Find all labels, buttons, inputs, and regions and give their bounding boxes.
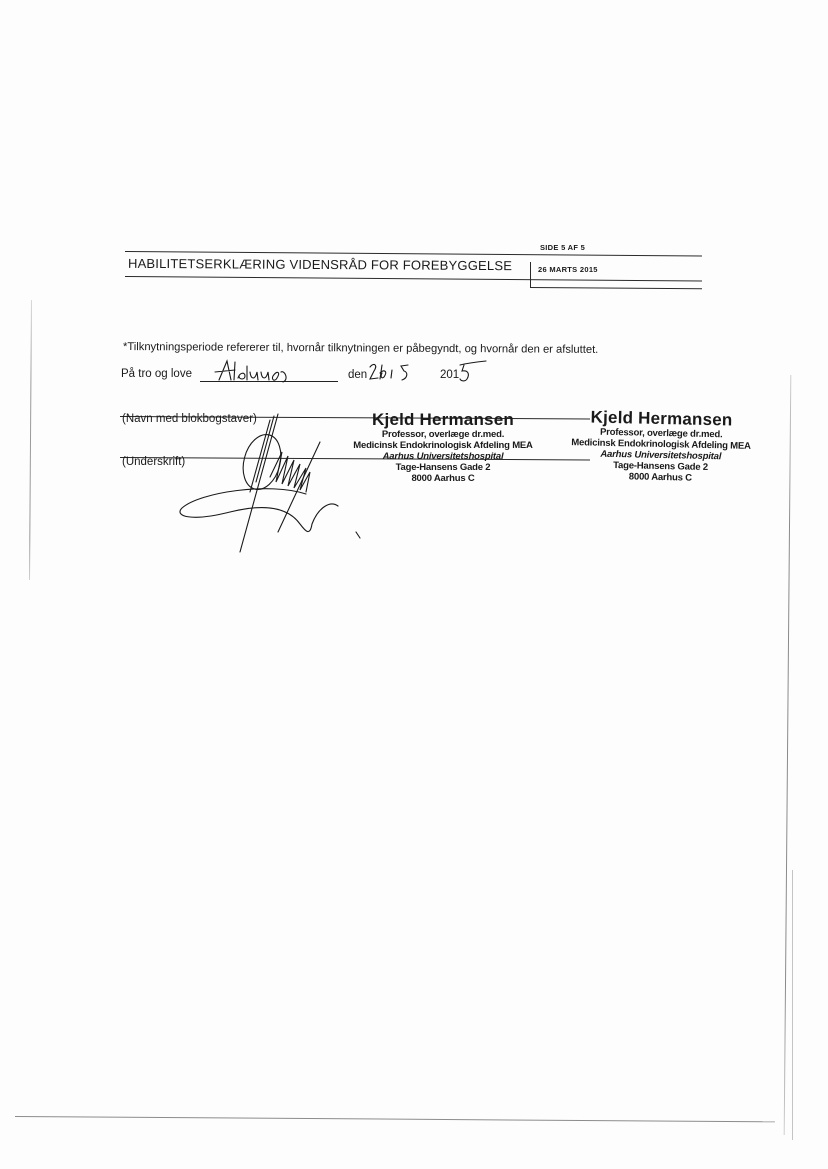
- year-prefix: 201: [440, 369, 459, 381]
- header-divider: [530, 262, 531, 287]
- header-rule-bottom: [530, 287, 702, 289]
- handwritten-signature: [170, 412, 370, 562]
- page-indicator: SIDE 5 AF 5: [540, 243, 585, 252]
- document-title: HABILITETSERKLÆRING VIDENSRÅD FOR FOREBY…: [128, 256, 512, 273]
- scan-edge-right: [784, 375, 792, 1135]
- handwritten-year-digit: [458, 360, 488, 384]
- address-stamp-secondary: Kjeld Hermansen Professor, overlæge dr.m…: [555, 408, 766, 485]
- footnote: *Tilknytningsperiode refererer til, hvor…: [123, 341, 598, 356]
- scanned-page: SIDE 5 AF 5 HABILITETSERKLÆRING VIDENSRÅ…: [0, 0, 828, 1169]
- oath-label: På tro og love: [121, 368, 192, 380]
- header-rule-middle: [125, 276, 702, 282]
- document-date: 26 MARTS 2015: [538, 265, 598, 274]
- scan-edge-left: [29, 300, 32, 580]
- den-label: den: [348, 369, 367, 381]
- handwritten-date: [368, 361, 428, 383]
- handwritten-place-aarhus: [205, 358, 325, 384]
- scan-edge-bottom: [15, 1116, 775, 1122]
- scan-edge-right-secondary: [792, 870, 793, 1140]
